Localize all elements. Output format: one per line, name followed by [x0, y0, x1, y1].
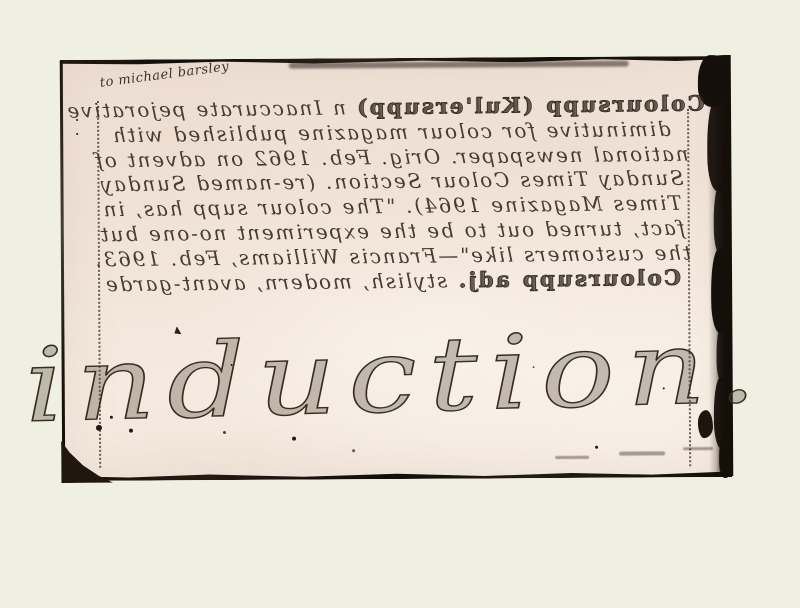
ink-smear-top: [289, 61, 629, 69]
ink-speck: [352, 449, 355, 452]
ink-speck: [231, 364, 233, 366]
ink-speck: [292, 437, 296, 441]
definition-headword: Coloursupp (Kul'ersupp): [355, 90, 705, 119]
ink-speck: [76, 119, 78, 121]
ink-speck: [110, 416, 113, 419]
ink-smudge: [619, 451, 665, 455]
ink-smudge: [683, 447, 713, 450]
etching-plate: to michael barsley Coloursupp (Kul'ersup…: [61, 57, 732, 480]
definition-text: Coloursupp (Kul'ersupp) n Inaccurate pej…: [76, 91, 706, 296]
ink-speck: [533, 366, 535, 368]
ink-speck: [663, 387, 665, 389]
etching-print-scan: to michael barsley Coloursupp (Kul'ersup…: [0, 0, 800, 608]
ink-speck: [223, 431, 226, 434]
ink-speck: [595, 446, 598, 449]
main-word: induction.: [0, 291, 799, 463]
ink-speck: [96, 425, 102, 431]
ink-speck: [76, 133, 78, 135]
ink-smudge: [555, 456, 589, 459]
definition-headword: Coloursupp adj.: [456, 264, 681, 292]
plate-edge-bottom: [62, 470, 732, 481]
ink-speck: [129, 429, 133, 433]
